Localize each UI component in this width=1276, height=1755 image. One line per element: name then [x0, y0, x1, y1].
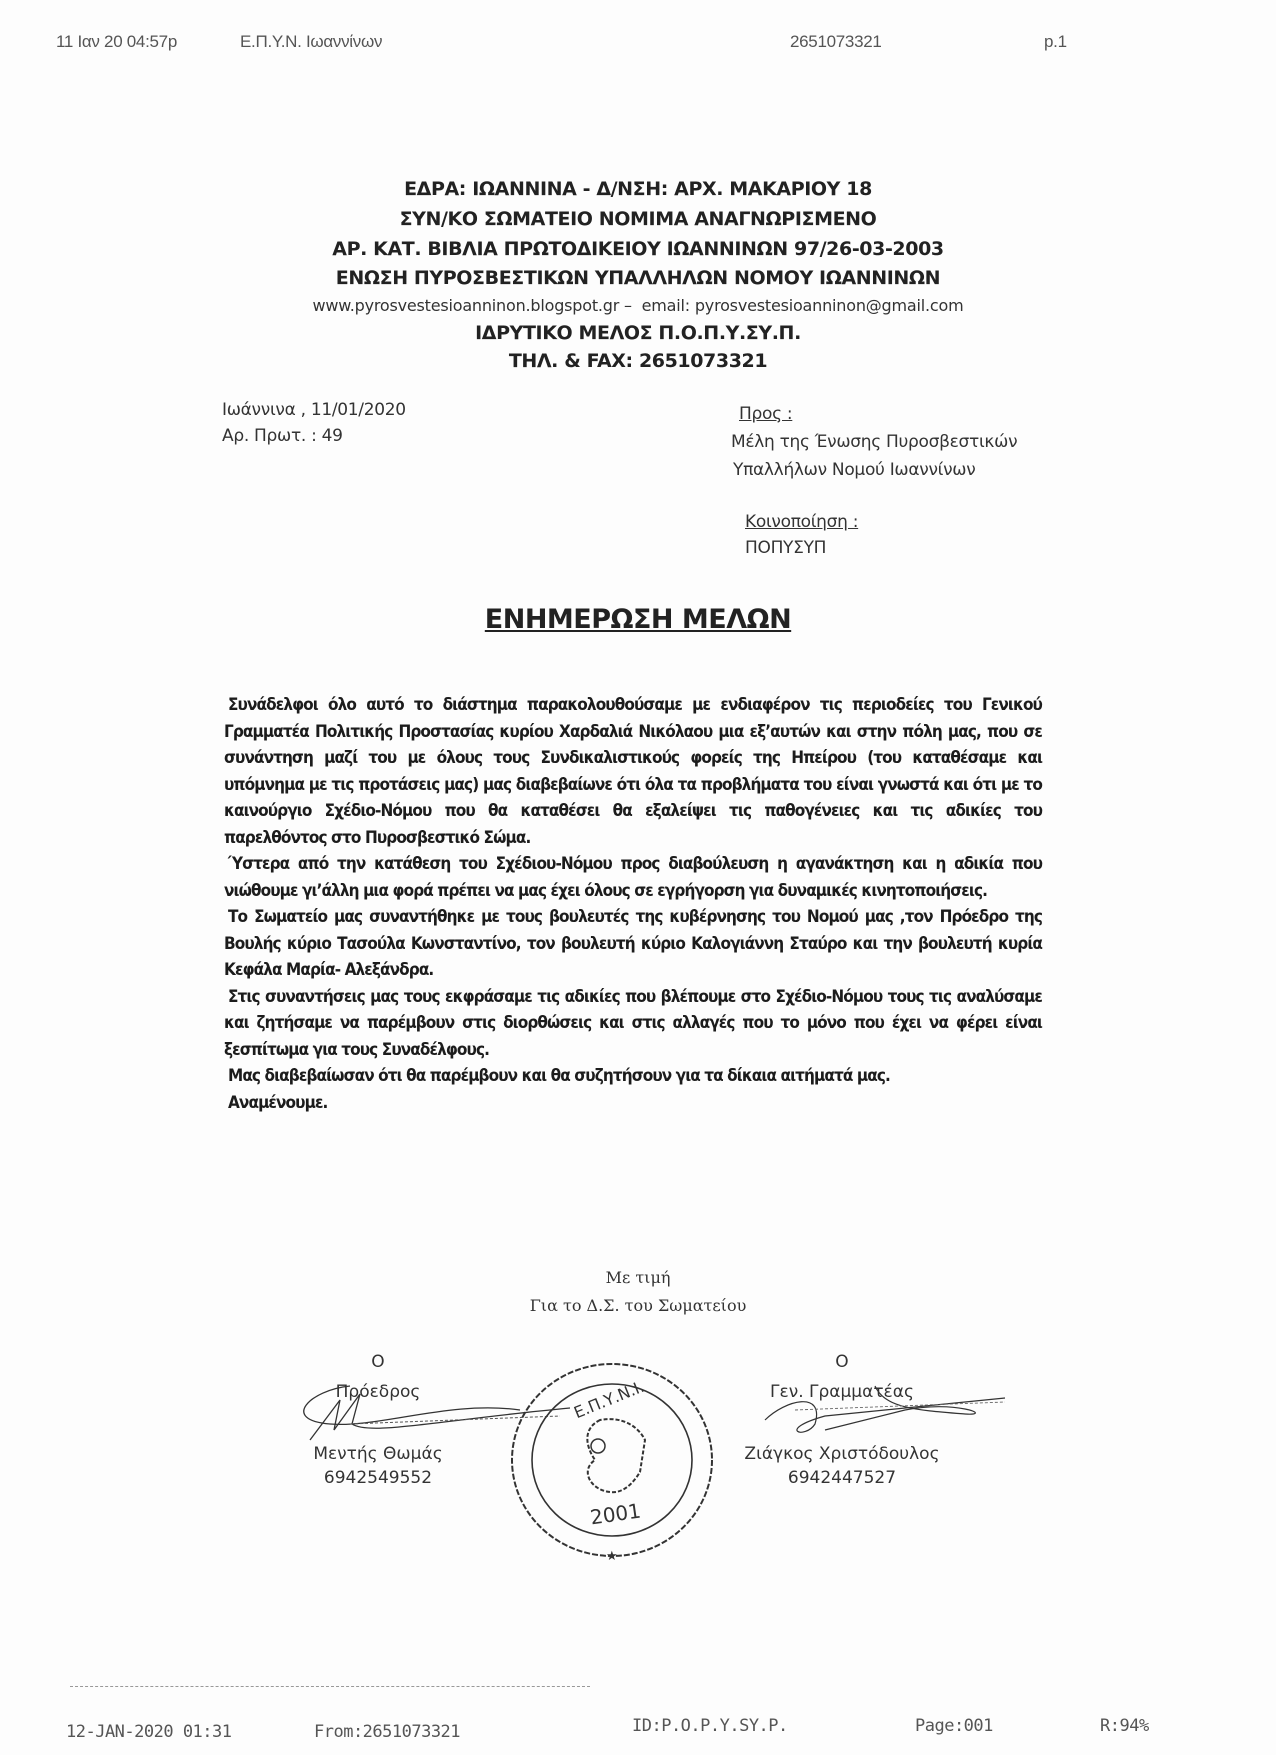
- letterhead-union-name: ΕΝΩΣΗ ΠΥΡΟΣΒΕΣΤΙΚΩΝ ΥΠΑΛΛΗΛΩΝ ΝΟΜΟΥ ΙΩΑΝ…: [0, 267, 1276, 289]
- email-link[interactable]: pyrosvestesioanninon@gmail.com: [695, 296, 964, 315]
- place-date: Ιωάννινα , 11/01/2020: [222, 400, 406, 420]
- body-paragraph: Ύστερα από την κατάθεση του Σχέδιου-Νόμο…: [224, 851, 1042, 904]
- cc-label-wrap: Κοινοποίηση :: [745, 512, 858, 532]
- letterhead-status: ΣΥΝ/ΚΟ ΣΩΜΑΤΕΙΟ ΝΟΜΙΜΑ ΑΝΑΓΝΩΡΙΣΜΕΝΟ: [0, 208, 1276, 230]
- website-link[interactable]: www.pyrosvestesioanninon.blogspot.gr: [313, 296, 620, 315]
- recipient-line-2: Υπαλλήλων Νομού Ιωαννίνων: [733, 460, 975, 480]
- separator: –: [624, 296, 632, 315]
- letterhead-founding-member: ΙΔΡΥΤΙΚΟ ΜΕΛΟΣ Π.Ο.Π.Υ.ΣΥ.Π.: [0, 322, 1276, 344]
- fax-header-timestamp: 11 Ιαν 20 04:57p: [56, 32, 177, 52]
- letterhead-phone-fax: ΤΗΛ. & FAX: 2651073321: [0, 350, 1276, 372]
- signatory-phone: 6942447527: [722, 1466, 962, 1490]
- fax-footer-datetime: 12-JAN-2020 01:31: [66, 1722, 232, 1742]
- letter-body: Συνάδελφοι όλο αυτό το διάστημα παρακολο…: [224, 692, 1042, 1116]
- body-paragraph: Στις συναντήσεις μας τους εκφράσαμε τις …: [224, 984, 1042, 1064]
- closing-regards: Με τιμή: [0, 1268, 1276, 1287]
- letterhead-address: ΕΔΡΑ: ΙΩΑΝΝΙΝΑ - Δ/ΝΣΗ: ΑΡΧ. ΜΑΚΑΡΙΟΥ 18: [0, 178, 1276, 200]
- fax-header-page: p.1: [1044, 32, 1067, 52]
- letterhead-contact: www.pyrosvestesioanninon.blogspot.gr – e…: [0, 296, 1276, 315]
- fax-footer-id: ID:P.O.P.Y.SY.P.: [632, 1716, 788, 1736]
- protocol-number: Αρ. Πρωτ. : 49: [222, 426, 343, 446]
- signatory-article: Ο: [722, 1350, 962, 1374]
- secretary-signature: [755, 1380, 1015, 1440]
- closing-board: Για το Δ.Σ. του Σωματείου: [0, 1296, 1276, 1315]
- document-title: ΕΝΗΜΕΡΩΣΗ ΜΕΛΩΝ: [0, 604, 1276, 635]
- body-paragraph: Συνάδελφοι όλο αυτό το διάστημα παρακολο…: [224, 692, 1042, 851]
- stamp-star-icon: ★: [606, 1548, 618, 1564]
- body-paragraph: Αναμένουμε.: [224, 1090, 1042, 1117]
- fax-header-phone: 2651073321: [790, 32, 882, 52]
- fax-footer-page: Page:001: [915, 1716, 993, 1736]
- signatory-article: Ο: [268, 1350, 488, 1374]
- official-stamp: Ε.Π.Υ.Ν.Ι. 2001 ★: [500, 1360, 730, 1570]
- cc-value: ΠΟΠΥΣΥΠ: [745, 538, 826, 558]
- fax-footer-from: From:2651073321: [314, 1722, 460, 1742]
- signatory-name: Ζιάγκος Χριστόδουλος: [722, 1442, 962, 1466]
- email-label: email:: [642, 296, 690, 315]
- fax-footer-resolution: R:94%: [1100, 1716, 1149, 1736]
- cc-label: Κοινοποίηση :: [745, 512, 858, 532]
- recipient-line-1: Μέλη της Ένωσης Πυροσβεστικών: [731, 432, 1017, 452]
- body-paragraph: Μας διαβεβαίωσαν ότι θα παρέμβουν και θα…: [224, 1063, 1042, 1090]
- fax-header-sender: Ε.Π.Υ.Ν. Ιωαννίνων: [240, 32, 382, 52]
- letterhead-registry: ΑΡ. ΚΑΤ. ΒΙΒΛΙΑ ΠΡΩΤΟΔΙΚΕΙΟΥ ΙΩΑΝΝΙΝΩΝ 9…: [0, 238, 1276, 260]
- fax-footer-divider: [70, 1686, 590, 1687]
- recipient-label: Προς :: [739, 404, 792, 424]
- body-paragraph: Το Σωματείο μας συναντήθηκε με τους βουλ…: [224, 904, 1042, 984]
- signatory-phone: 6942549552: [268, 1466, 488, 1490]
